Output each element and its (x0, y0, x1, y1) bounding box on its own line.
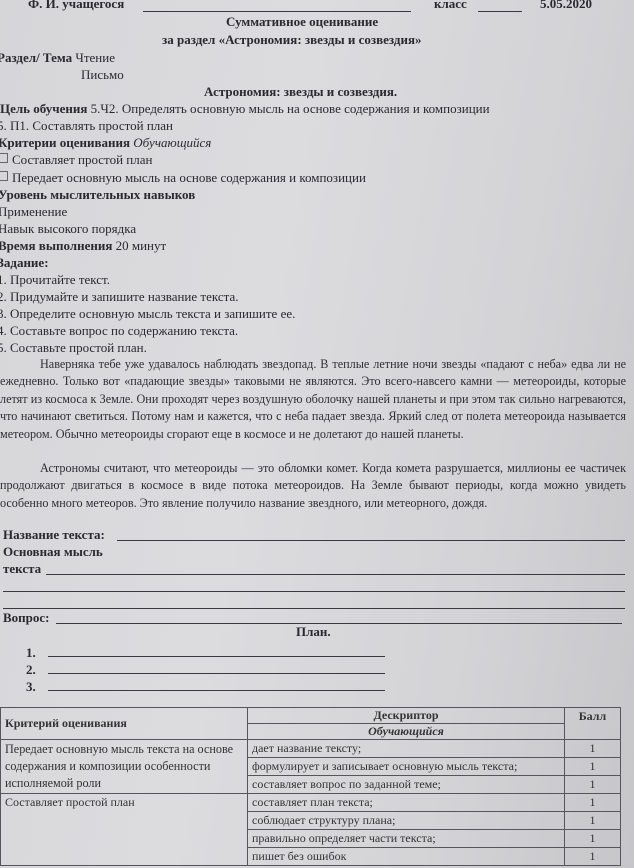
plan-number: 3. (26, 679, 36, 695)
goal-text1: 5.Ч2. Определять основную мысль на основ… (91, 101, 490, 116)
checkbox-icon (0, 171, 8, 181)
worksheet-page: Ф. И. учащегося класс 5.05.2020 Сумматив… (0, 0, 634, 868)
task-item: 5. Составьте простой план. (0, 340, 147, 356)
section-value-writing: Письмо (81, 67, 124, 83)
score-cell: 1 (565, 848, 621, 866)
task-item: 1. Прочитайте текст. (0, 272, 110, 288)
plan-number: 1. (26, 645, 36, 661)
reading-paragraph-1: Наверняка тебе уже удавалось наблюдать з… (0, 356, 626, 443)
student-name-label: Ф. И. учащегося (28, 0, 124, 12)
descriptor-cell: дает название тексту; (248, 740, 565, 758)
score-cell: 1 (565, 758, 621, 776)
doc-title: Суммативное оценивание (226, 14, 378, 30)
assessment-table: Критерий оценивания Дескриптор Балл Обуч… (0, 707, 621, 866)
main-idea-field-line3[interactable] (3, 608, 625, 609)
score-cell: 1 (565, 794, 621, 812)
criterion-cell: Составляет простой план (1, 794, 248, 866)
time-line: Время выполнения 20 минут (0, 238, 166, 254)
class-label: класс (434, 0, 467, 12)
criteria-heading: Критерии оценивания Обучающийся (0, 135, 211, 151)
criteria-sub: Обучающийся (133, 135, 211, 150)
main-idea-field-line2[interactable] (3, 591, 625, 592)
class-field[interactable] (478, 11, 522, 12)
table-row: Составляет простой план составляет план … (1, 794, 621, 812)
section-line: Раздел/ Тема Чтение (0, 50, 115, 66)
main-idea-label: Основная мысль (3, 544, 103, 560)
task-item: 3. Определите основную мысль текста и за… (0, 306, 295, 322)
task-item: 2. Придумайте и запишите название текста… (0, 289, 238, 305)
criteria-item: Составляет простой план (0, 152, 152, 168)
header-descriptor-sub: Обучающийся (248, 724, 565, 740)
checkbox-icon (0, 153, 8, 163)
goal-text2: 5. П1. Составлять простой план (0, 118, 173, 134)
time-value: 20 минут (116, 238, 167, 253)
section-label: Раздел/ Тема (0, 50, 72, 65)
criteria-item: Передает основную мысль на основе содерж… (0, 170, 366, 186)
header-criterion: Критерий оценивания (1, 708, 248, 740)
task-item: 4. Составьте вопрос по содержанию текста… (0, 323, 238, 339)
thinking-label: Уровень мыслительных навыков (0, 187, 195, 203)
descriptor-cell: составляет план текста; (248, 794, 565, 812)
plan-item-field[interactable] (48, 673, 385, 674)
plan-title: План. (296, 624, 331, 640)
descriptor-cell: пишет без ошибок (248, 848, 565, 866)
score-cell: 1 (565, 740, 621, 758)
date: 5.05.2020 (540, 0, 592, 12)
question-label: Вопрос: (3, 610, 50, 626)
descriptor-cell: формулирует и записывает основную мысль … (248, 758, 565, 776)
table-header-row: Критерий оценивания Дескриптор Балл (1, 708, 621, 724)
section-value-reading: Чтение (75, 50, 115, 65)
score-cell: 1 (565, 776, 621, 794)
title-answer-field[interactable] (117, 540, 625, 541)
main-idea-field[interactable] (46, 574, 625, 575)
score-cell: 1 (565, 830, 621, 848)
doc-subtitle: за раздел «Астрономия: звезды и созвезди… (162, 32, 422, 48)
topic-title: Астрономия: звезды и созвездия. (204, 84, 397, 100)
goal-label: Цель обучения (0, 101, 87, 116)
plan-number: 2. (26, 662, 36, 678)
reading-paragraph-2: Астрономы считают, что метеороиды — это … (0, 460, 626, 512)
criteria-label: Критерии оценивания (0, 135, 130, 150)
title-answer-label: Название текста: (3, 527, 105, 543)
student-name-field[interactable] (143, 11, 411, 12)
question-field[interactable] (56, 623, 622, 624)
descriptor-cell: соблюдает структуру плана; (248, 812, 565, 830)
time-label: Время выполнения (0, 238, 112, 253)
score-cell: 1 (565, 812, 621, 830)
header-score: Балл (565, 708, 621, 740)
header-descriptor: Дескриптор (248, 708, 565, 724)
main-idea-label-2: текста (3, 561, 41, 577)
thinking-item: Применение (0, 204, 67, 220)
task-label: Задание: (0, 255, 49, 271)
descriptor-cell: составляет вопрос по заданной теме; (248, 776, 565, 794)
plan-item-field[interactable] (48, 690, 385, 691)
plan-item-field[interactable] (48, 656, 385, 657)
thinking-item: Навык высокого порядка (0, 221, 136, 237)
descriptor-cell: правильно определяет части текста; (248, 830, 565, 848)
goal-line1: Цель обучения 5.Ч2. Определять основную … (0, 101, 490, 117)
criterion-cell: Передает основную мысль текста на основе… (1, 740, 248, 794)
table-row: Передает основную мысль текста на основе… (1, 740, 621, 758)
